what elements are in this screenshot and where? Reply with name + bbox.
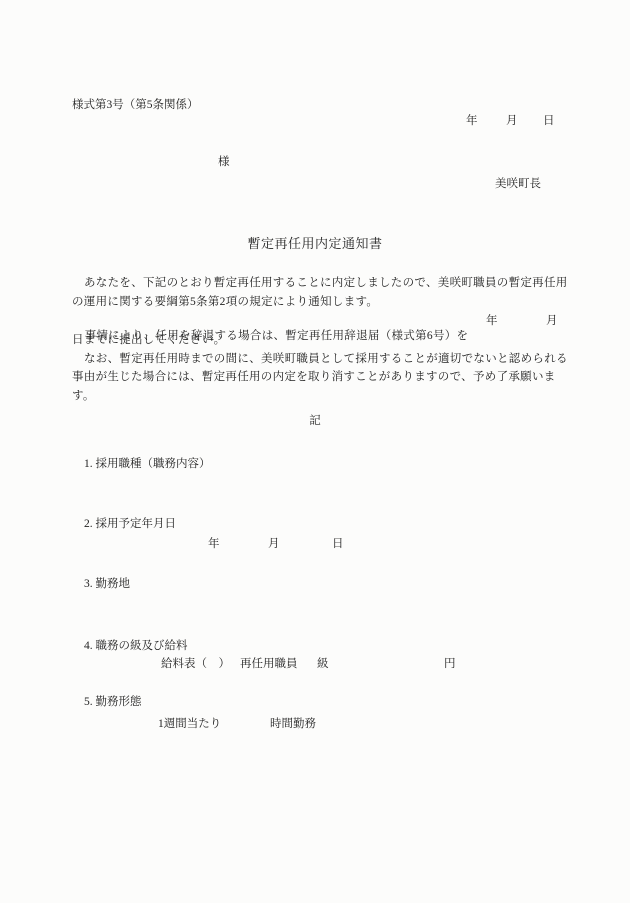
item-2-month-label: 月: [268, 537, 280, 552]
form-number: 様式第3号（第5条関係）: [72, 98, 199, 113]
item-3-label: 3. 勤務地: [84, 577, 130, 592]
item-4-reemployee-label: 再任用職員: [240, 657, 298, 672]
item-2-date-line: 年 月 日: [0, 537, 630, 612]
item-2-day-label: 日: [332, 537, 344, 552]
ki-marker: 記: [0, 414, 630, 429]
item-4-salary-table-label: 給料表（ ）: [161, 657, 230, 672]
item-2-year-label: 年: [208, 537, 220, 552]
para2-line2: 日までに提出してください。: [72, 333, 225, 348]
para2-year-label: 年: [474, 314, 498, 329]
sender-title: 美咲町長: [495, 177, 541, 192]
para1-line2: の運用に関する要綱第5条第2項の規定により通知します。: [72, 295, 378, 310]
para1-line1: あなたを、下記のとおり暫定再任用することに内定しましたので、美咲町職員の暫定再任…: [72, 276, 568, 291]
top-date-day-label: 日: [543, 114, 555, 129]
item-5-hours-line: 1週間当たり 時間勤務: [0, 717, 630, 777]
para3-line2: 事由が生じた場合には、暫定再任用の内定を取り消すことがありますので、予め了承願い…: [72, 370, 556, 385]
item-5-label: 5. 勤務形態: [84, 695, 142, 710]
addressee-suffix: 様: [218, 155, 230, 170]
para3-line3: す。: [72, 389, 95, 404]
top-date-month-label: 月: [506, 114, 518, 129]
top-date-year-label: 年: [466, 114, 478, 129]
para3-line1: なお、暫定再任用時までの間に、美咲町職員として採用することが適切でないと認められ…: [72, 352, 568, 367]
item-5-per-week-label: 1週間当たり: [158, 717, 221, 732]
item-1-label: 1. 採用職種（職務内容）: [84, 457, 211, 472]
item-2-label: 2. 採用予定年月日: [84, 517, 176, 532]
item-4-label: 4. 職務の級及び給料: [84, 639, 188, 654]
document-page: 様式第3号（第5条関係） 年 月 日 様 美咲町長 暫定再任用内定通知書 あなた…: [0, 0, 630, 903]
para2-month-label: 月: [534, 314, 558, 329]
item-4-yen-label: 円: [444, 657, 456, 672]
item-5-hours-suffix-label: 時間勤務: [270, 717, 316, 732]
document-title: 暫定再任用内定通知書: [0, 236, 630, 251]
item-4-grade-label: 級: [317, 657, 329, 672]
